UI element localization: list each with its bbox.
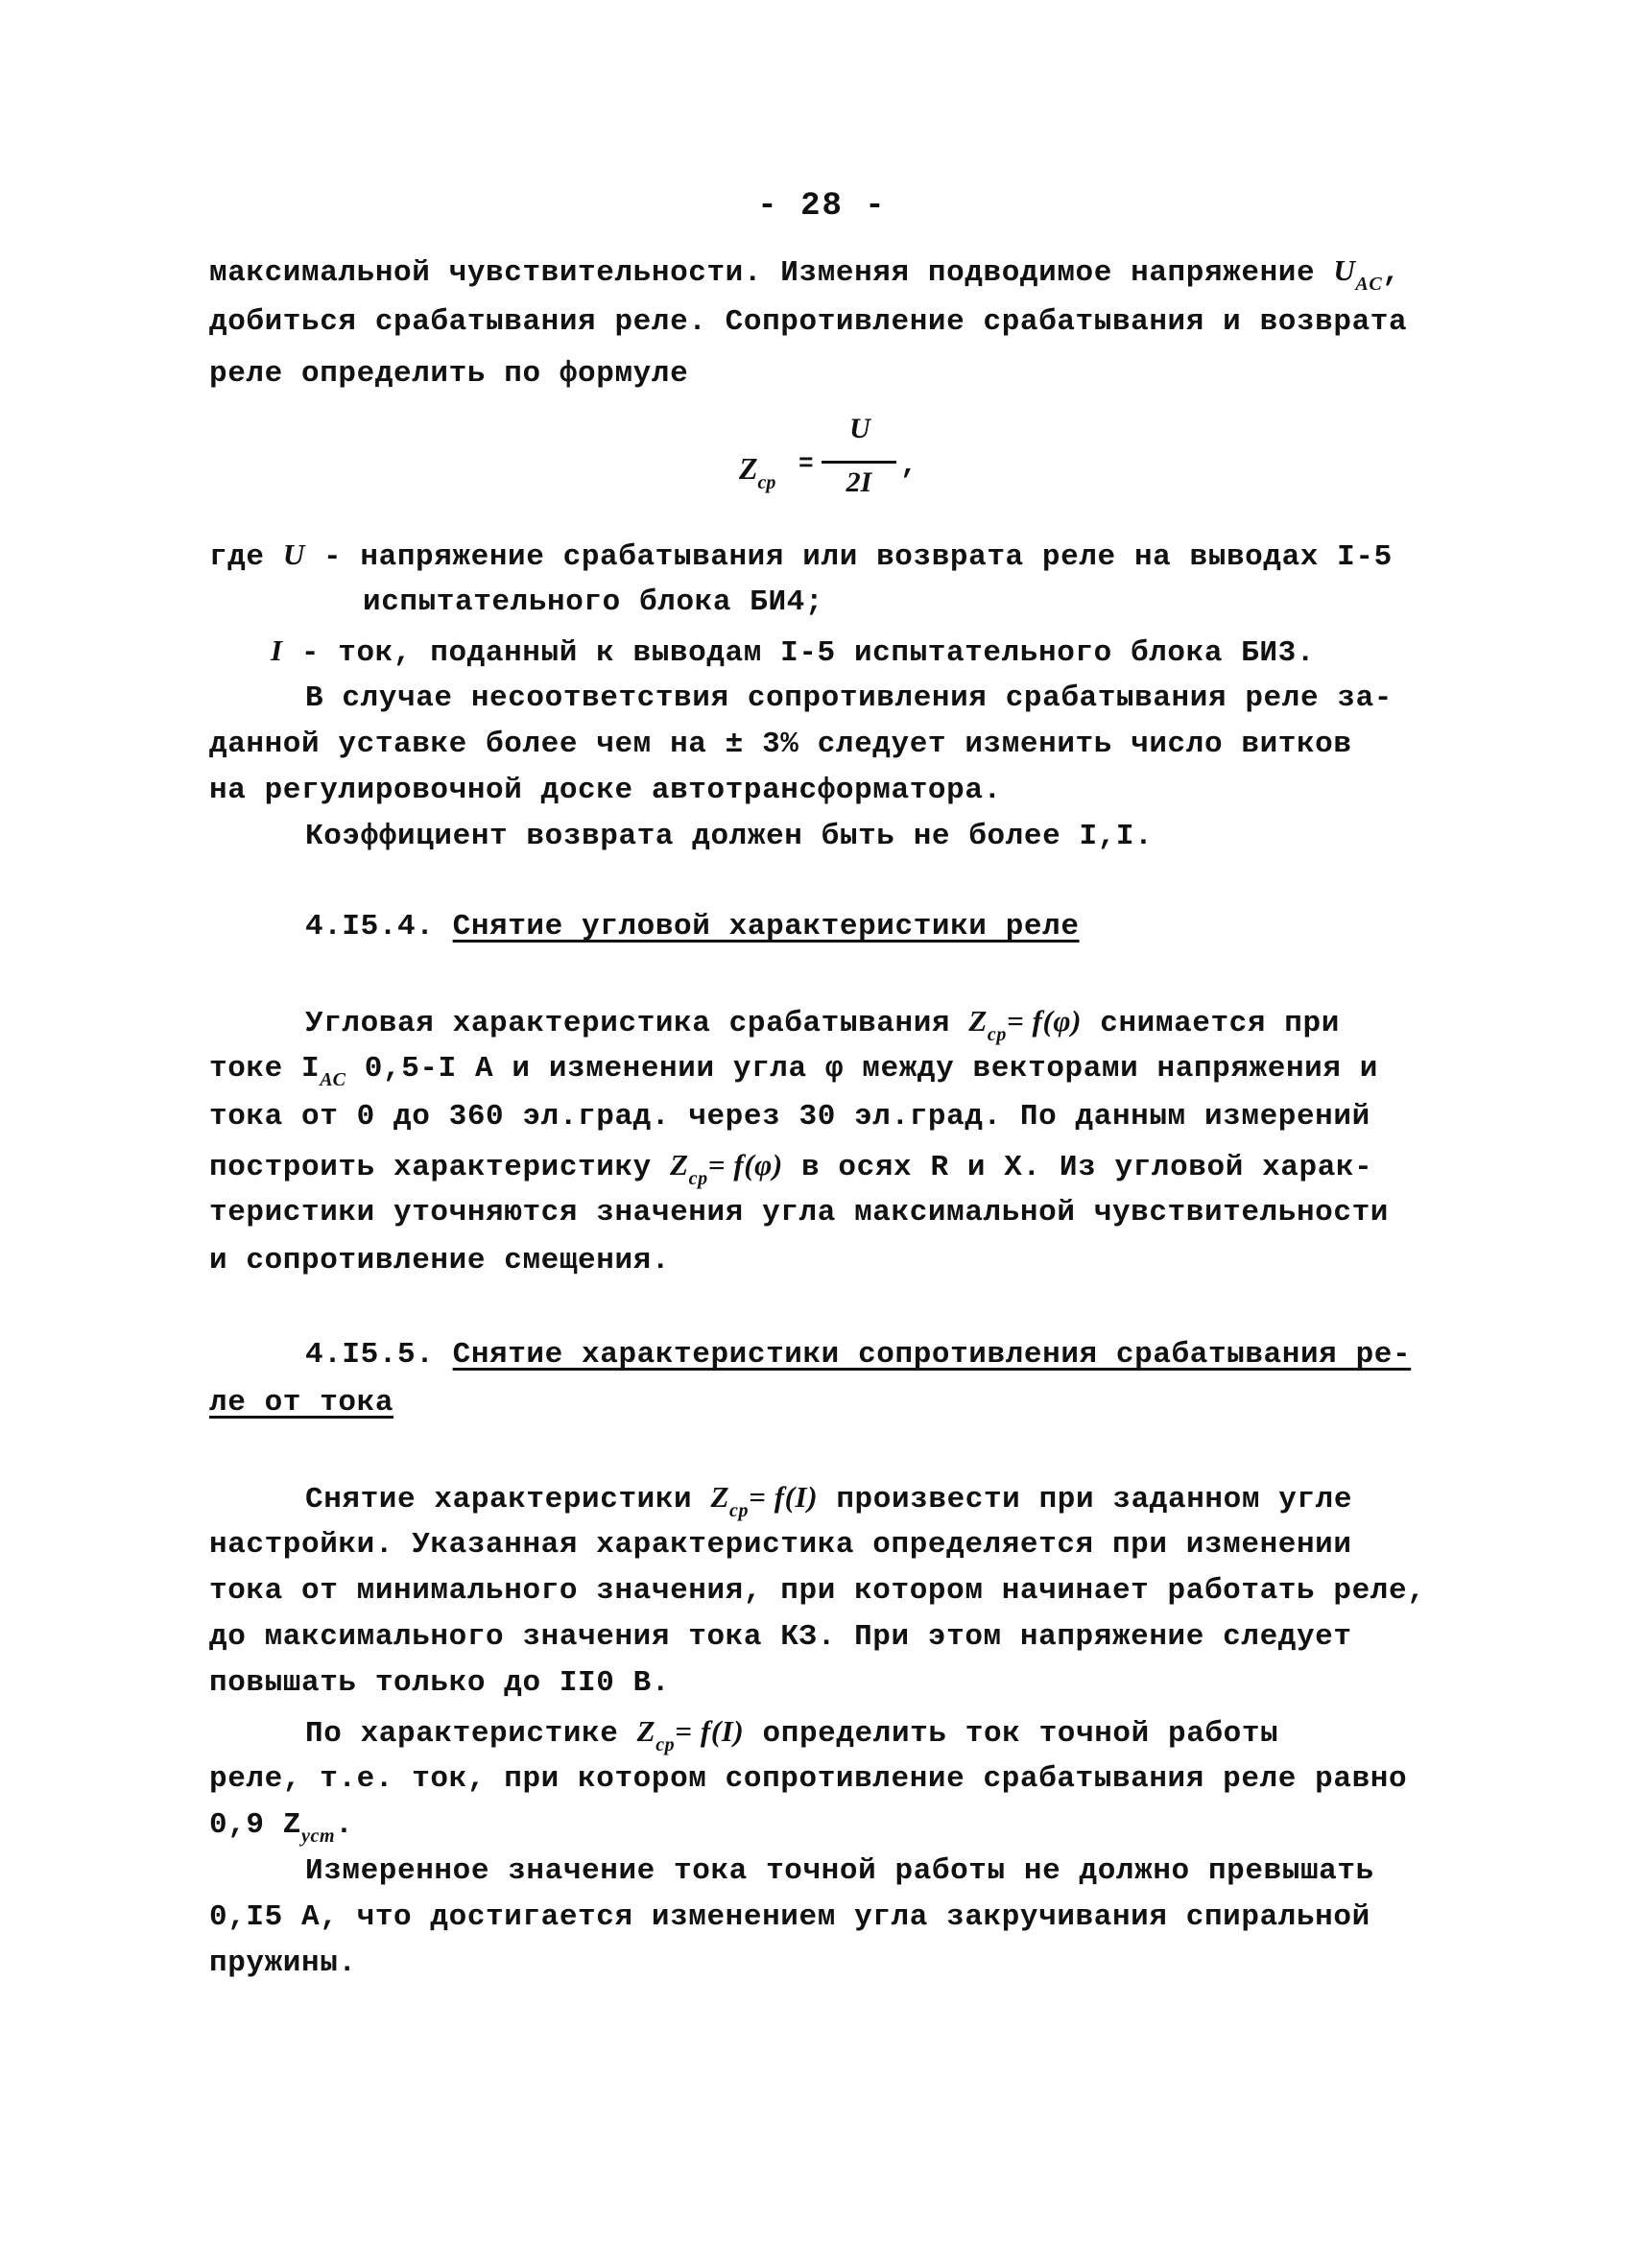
text: максимальной чувствительности. Изменяя п… (209, 256, 1333, 290)
section-number: 4.I5.4. (305, 910, 434, 943)
section-4-15-4-heading: 4.I5.4. Снятие угловой характеристики ре… (305, 908, 1080, 946)
formula-numerator: U (831, 413, 889, 445)
formula-comma: , (900, 449, 917, 482)
s4-p6: и сопротивление смещения. (209, 1242, 670, 1280)
s5-p11: пружины. (209, 1945, 357, 1983)
section-4-15-5-heading: 4.I5.5. Снятие характеристики сопротивле… (305, 1336, 1411, 1374)
formula-equals: = (798, 449, 814, 478)
intro-line-2: добиться срабатывания реле. Сопротивлени… (209, 303, 1407, 342)
s5-p9: Измеренное значение тока точной работы н… (305, 1852, 1374, 1891)
s5-p3: тока от минимального значения, при котор… (209, 1572, 1425, 1611)
definition-u-line-2: испытательного блока БИ4; (363, 584, 823, 622)
s5-p10: 0,I5 А, что достигается изменением угла … (209, 1898, 1370, 1937)
formula-denominator: 2I (827, 466, 891, 499)
s4-p1: Угловая характеристика срабатывания Zср=… (305, 1002, 1340, 1054)
section-number: 4.I5.5. (305, 1338, 434, 1372)
u-symbol: U (283, 537, 305, 571)
section-title: Снятие характеристики сопротивления сраб… (453, 1338, 1412, 1372)
s5-p4: до максимального значения тока КЗ. При э… (209, 1618, 1352, 1657)
s4-p3: тока от 0 до 360 эл.град. через 30 эл.гр… (209, 1098, 1370, 1136)
s5-p8: 0,9 Zуст. (209, 1806, 353, 1855)
s4-p5: теристики уточняются значения угла макси… (209, 1194, 1389, 1232)
section-title: Снятие угловой характеристики реле (453, 910, 1080, 943)
mismatch-line-1: В случае несоответствия сопротивления ср… (305, 680, 1393, 718)
s5-p1: Снятие характеристики Zср= f(I) произвес… (305, 1478, 1352, 1530)
formula-zsr: Zср = U 2I , (739, 411, 960, 516)
definition-u-line-1: где U - напряжение срабатывания или возв… (209, 536, 1393, 577)
document-page: - 28 - максимальной чувствительности. Из… (0, 0, 1644, 2268)
formula-lhs: Zср (739, 451, 775, 494)
s5-p5: повышать только до II0 В. (209, 1664, 670, 1703)
voltage-symbol: U (1333, 253, 1355, 287)
mismatch-line-2: данной уставке более чем на ± 3% следует… (209, 726, 1352, 764)
fraction-bar (822, 461, 896, 464)
s5-p6: По характеристике Zср= f(I) определить т… (305, 1712, 1278, 1764)
intro-line-1: максимальной чувствительности. Изменяя п… (209, 251, 1400, 303)
section-4-15-5-heading-cont: ле от тока (209, 1384, 393, 1422)
s4-p4: построить характеристику Zср= f(φ) в ося… (209, 1146, 1372, 1198)
s5-p2: настройки. Указанная характеристика опре… (209, 1526, 1352, 1564)
s4-p2: токе IАС 0,5-I А и изменении угла φ межд… (209, 1050, 1378, 1099)
definition-i-line: I - ток, поданный к выводам I-5 испытате… (271, 632, 1315, 673)
s5-p7: реле, т.е. ток, при котором сопротивлени… (209, 1760, 1407, 1799)
return-coefficient: Коэффициент возврата должен быть не боле… (305, 818, 1153, 856)
voltage-subscript: AC (1355, 274, 1382, 295)
i-symbol: I (271, 633, 283, 667)
punct: , (1382, 256, 1400, 290)
mismatch-line-3: на регулировочной доске автотрансформато… (209, 772, 1002, 810)
page-number: - 28 - (0, 188, 1644, 225)
intro-line-3: реле определить по формуле (209, 355, 688, 394)
